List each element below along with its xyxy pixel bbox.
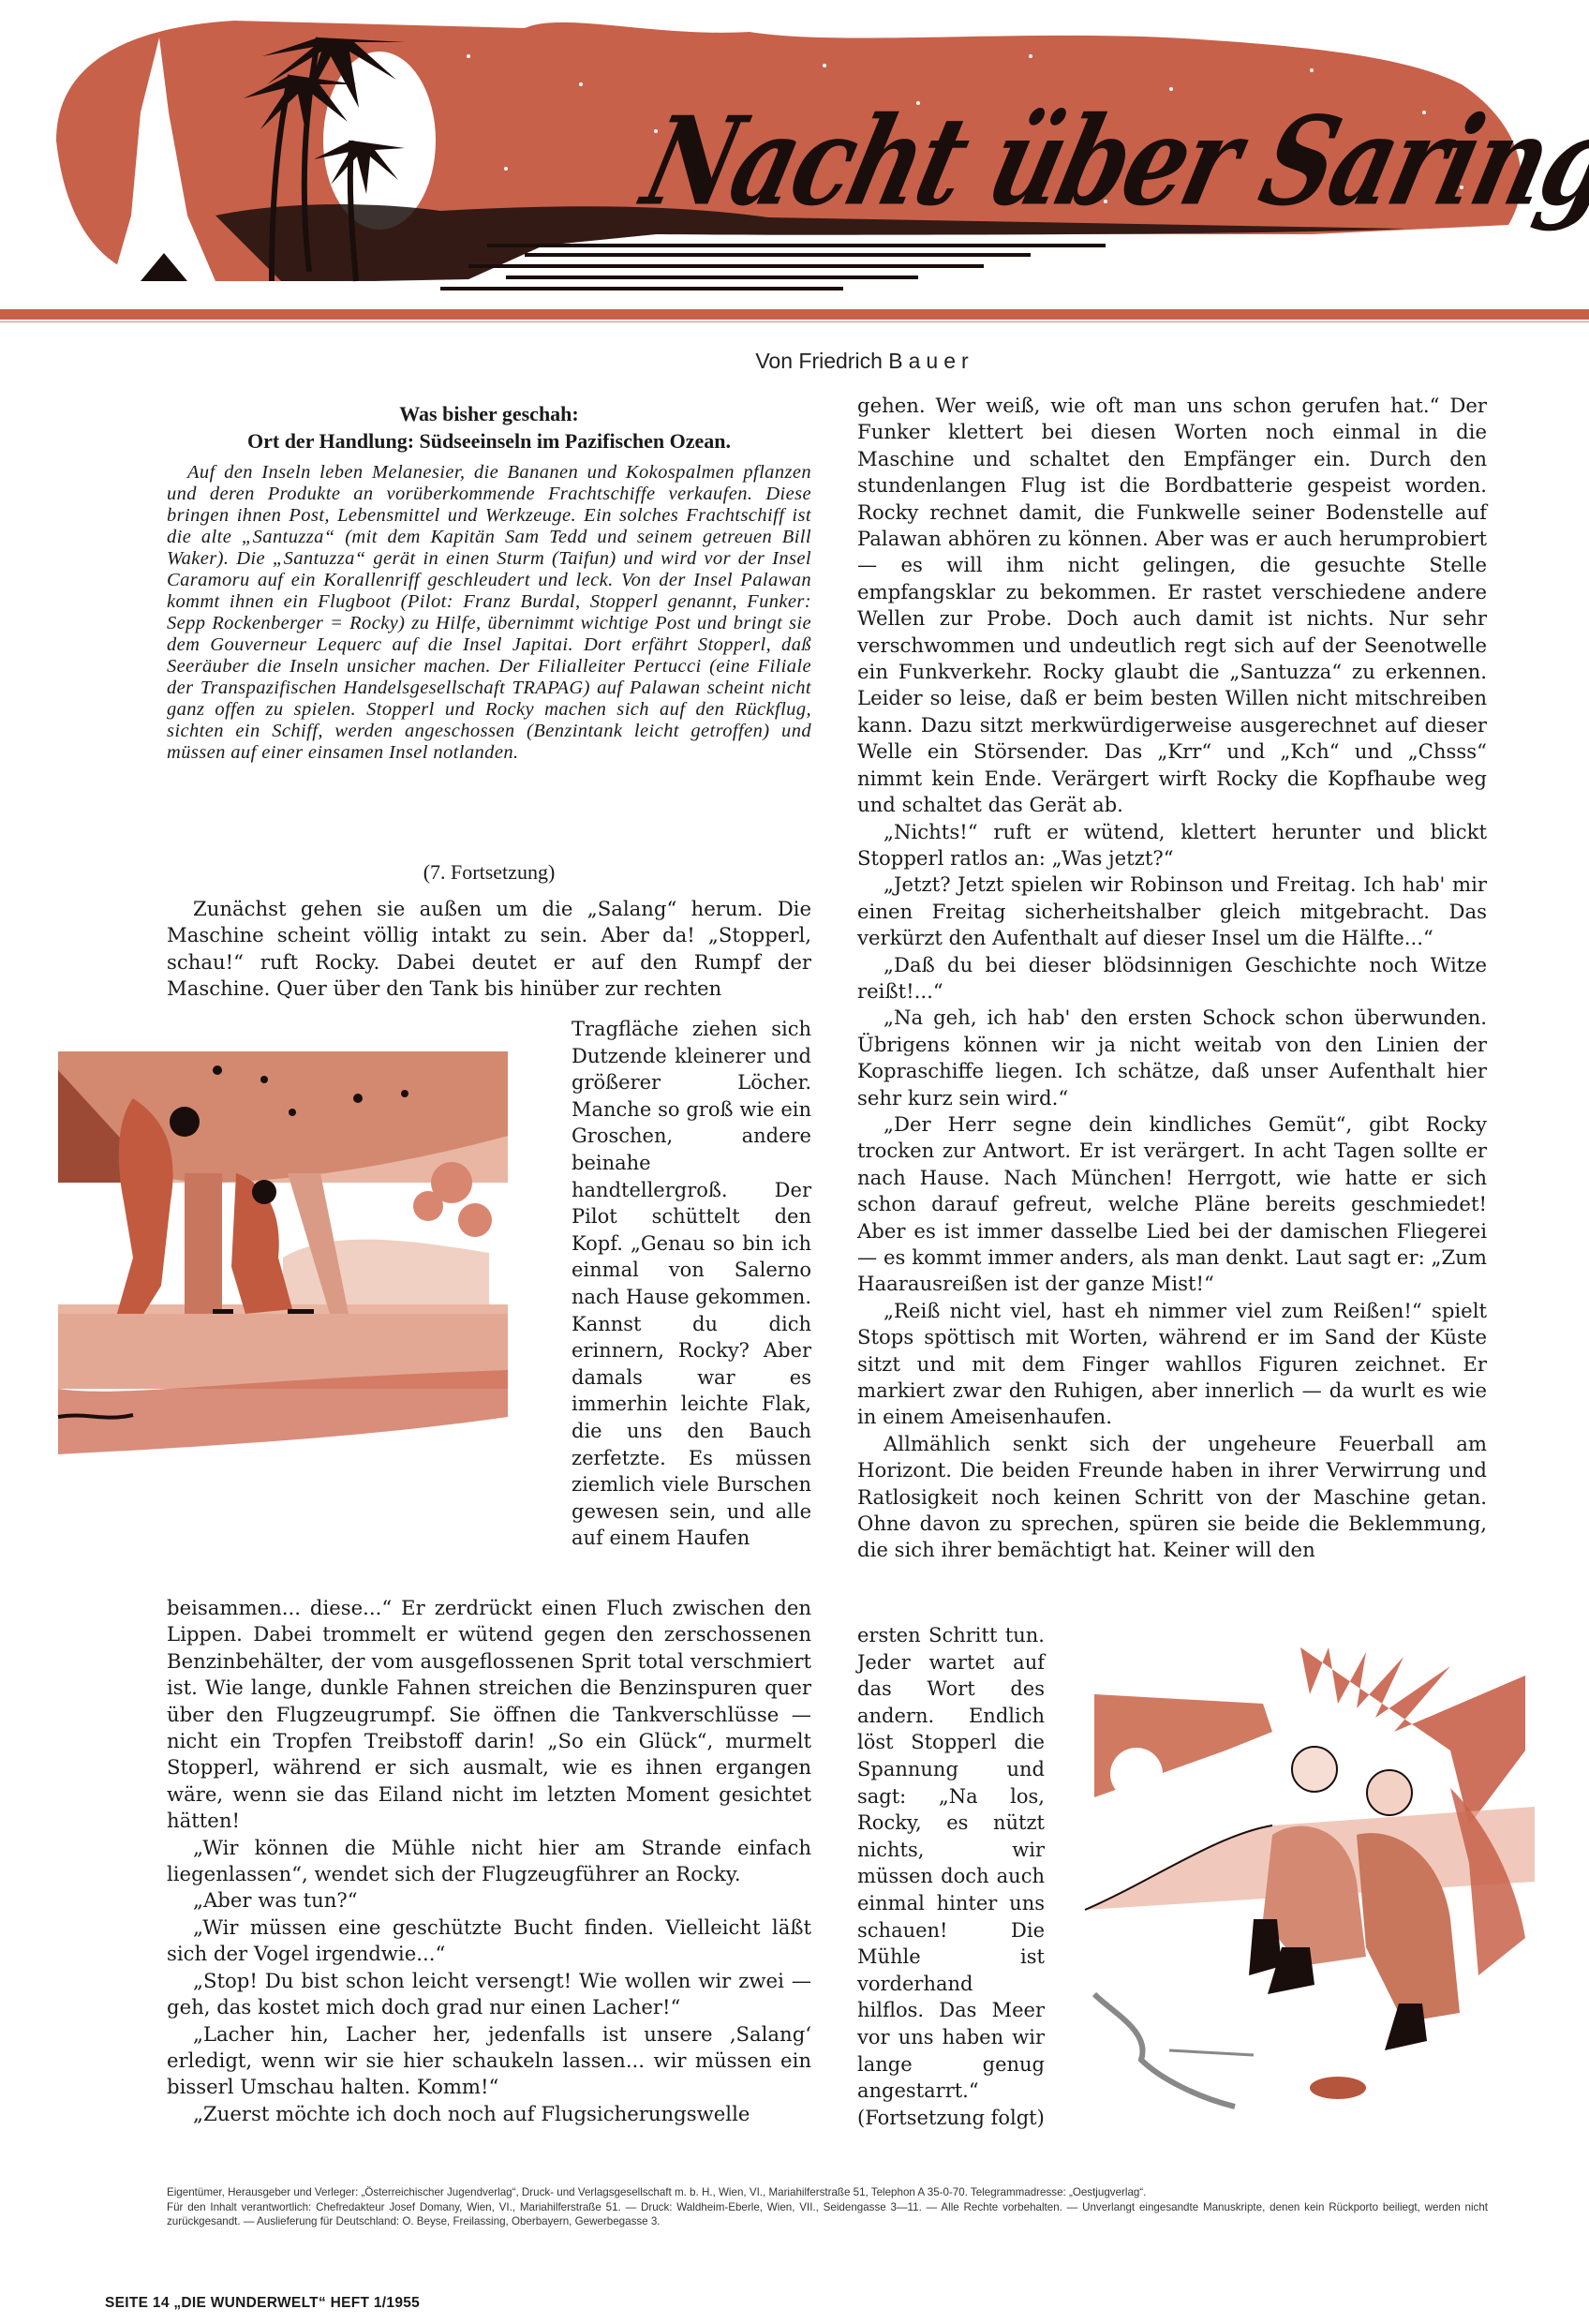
paragraph: „Zuerst möchte ich doch noch auf Flugsic… <box>167 2101 811 2127</box>
summary-subheading: Ort der Handlung: Südseeinseln im Pazifi… <box>167 427 811 454</box>
paragraph: „Stop! Du bist schon leicht versengt! Wi… <box>167 1968 811 2021</box>
paragraph: „Jetzt? Jetzt spielen wir Robinson und F… <box>857 871 1487 951</box>
author-byline: Von Friedrich Bauer <box>0 349 1589 374</box>
airmen-on-beach-illustration <box>1076 1638 1535 2125</box>
summary-heading: Was bisher geschah: <box>167 400 811 427</box>
paragraph: ersten Schritt tun. Jeder wartet auf das… <box>857 1622 1045 2105</box>
story-column-left-top: Zunächst gehen sie außen um die „Salang“… <box>167 896 811 1003</box>
paragraph: „Daß du bei dieser blödsinnigen Geschich… <box>857 952 1487 1006</box>
continued-notice: (Fortsetzung folgt) <box>857 2105 1045 2132</box>
story-column-left-bottom: beisammen... diese...“ Er zerdrückt eine… <box>167 1595 811 2127</box>
paragraph: „Wir müssen eine geschützte Bucht finden… <box>167 1914 811 1968</box>
story-column-right-top: gehen. Wer weiß, wie oft man uns schon g… <box>857 393 1487 1564</box>
paragraph: „Aber was tun?“ <box>167 1887 811 1914</box>
byline-prefix: Von Friedrich <box>755 349 883 373</box>
paragraph: gehen. Wer weiß, wie oft man uns schon g… <box>857 393 1487 819</box>
imprint-line: Eigentümer, Herausgeber und Verleger: „Ö… <box>167 2185 1488 2200</box>
paragraph: „Nichts!“ ruft er wütend, klettert herun… <box>857 819 1487 872</box>
paragraph: „Der Herr segne dein kindliches Gemüt“, … <box>857 1111 1487 1298</box>
airmen-under-wing-illustration <box>49 1042 536 1484</box>
story-column-left-narrow: Tragfläche ziehen sich Dutzende kleinere… <box>572 1016 811 1552</box>
imprint-line: Für den Inhalt verantwortlich: Chefredak… <box>167 2200 1488 2229</box>
paragraph: „Wir können die Mühle nicht hier am Stra… <box>167 1835 811 1888</box>
header-rule <box>0 309 1589 320</box>
story-title: Nacht über Saringa <box>631 89 1510 233</box>
previous-summary: Was bisher geschah: Ort der Handlung: Sü… <box>167 400 811 764</box>
paragraph: beisammen... diese...“ Er zerdrückt eine… <box>167 1595 811 1835</box>
title-banner: Nacht über Saringa <box>0 0 1589 323</box>
paragraph: Allmählich senkt sich der ungeheure Feue… <box>857 1431 1487 1564</box>
publisher-imprint: Eigentümer, Herausgeber und Verleger: „Ö… <box>167 2185 1488 2229</box>
story-column-right-narrow: ersten Schritt tun. Jeder wartet auf das… <box>857 1622 1045 2131</box>
installment-label: (7. Fortsetzung) <box>167 860 811 885</box>
author-name: Bauer <box>888 349 973 373</box>
paragraph: „Lacher hin, Lacher her, jedenfalls ist … <box>167 2021 811 2101</box>
paragraph: Tragfläche ziehen sich Dutzende kleinere… <box>572 1016 811 1552</box>
summary-text: Auf den Inseln leben Melanesier, die Ban… <box>167 462 811 764</box>
paragraph: Zunächst gehen sie außen um die „Salang“… <box>167 896 811 1003</box>
header-rule-thin <box>0 321 1589 322</box>
paragraph: „Na geh, ich hab' den ersten Schock scho… <box>857 1005 1487 1111</box>
paragraph: „Reiß nicht viel, hast eh nimmer viel zu… <box>857 1298 1487 1431</box>
page-footer: SEITE 14 „DIE WUNDERWELT“ HEFT 1/1955 <box>105 2295 420 2312</box>
